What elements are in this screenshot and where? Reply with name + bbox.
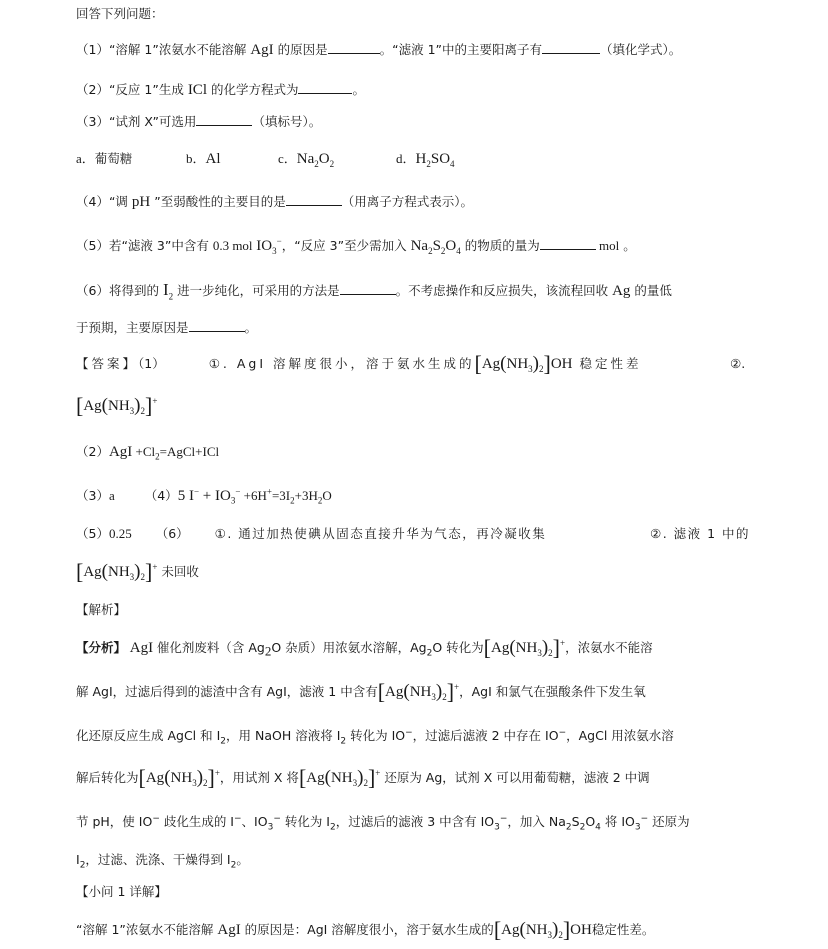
answer-q2-agi: AgI xyxy=(109,444,132,460)
analysis-text: 还原为 Ag，试剂 X 可以用葡萄糖，滤液 2 中调 xyxy=(380,770,649,785)
complex-nh: NH xyxy=(331,770,353,786)
analysis-line-5: 节 pH，使 IO− 歧化生成的 I−、IO3− 转化为 I2，过滤后的滤液 3… xyxy=(76,812,690,832)
complex-ion: [Ag(NH3)2]+ xyxy=(76,562,157,582)
option-d-label: d． xyxy=(396,151,416,166)
answer-q4-equation: +6H xyxy=(240,488,266,503)
subscript: 4 xyxy=(450,159,455,169)
analysis-text: “溶解 1”浓氨水不能溶解 xyxy=(76,922,217,937)
question-5: （5）若“滤液 3”中含有 0.3 mol IO3−，“反应 3”至少需加入 N… xyxy=(76,236,636,256)
complex-ion: [Ag(NH3)2]+ xyxy=(299,768,380,788)
complex-ag: Ag xyxy=(501,922,519,938)
answer-q2-number: （2） xyxy=(76,444,109,459)
analysis-text: 化还原反应生成 AgCl 和 I xyxy=(76,728,220,743)
q6-text: 于预期，主要原因是 xyxy=(76,320,189,335)
option-d-formula: H xyxy=(416,151,427,167)
sub1-label: 【小问 1 详解】 xyxy=(76,884,167,899)
complex-ion: [Ag(NH3)2]+ xyxy=(139,768,220,788)
q5-text: ，“反应 3”至少需加入 xyxy=(282,238,411,253)
complex-oh: OH xyxy=(570,922,592,938)
complex-nh: NH xyxy=(171,770,193,786)
analysis-text: ，过滤、洗涤、干燥得到 I xyxy=(85,852,230,867)
q1-text: “溶解 1”浓氨水不能溶解 xyxy=(109,42,250,57)
question-6-cont: 于预期，主要原因是。 xyxy=(76,318,257,338)
answer-q6-complex: [Ag(NH3)2]+ 未回收 xyxy=(76,562,199,582)
answer-q6-choice-2-text: ②. 滤液 1 中的 xyxy=(650,526,750,541)
analysis-line-2: 解 AgI，过滤后得到的滤渣中含有 AgI，滤液 1 中含有[Ag(NH3)2]… xyxy=(76,682,646,702)
answer-q4-equation: =3I xyxy=(272,488,290,503)
complex-ion: [Ag(NH3)2] xyxy=(494,920,570,940)
complex-nh: NH xyxy=(507,356,529,372)
q2-formula: ICl xyxy=(188,82,207,98)
answer-q4-equation: 5 I xyxy=(178,488,194,504)
analysis-text: O xyxy=(585,814,595,829)
answer-q2: （2）AgI +Cl2=AgCl+ICl xyxy=(76,442,219,462)
analysis-line-3: 化还原反应生成 AgCl 和 I2，用 NaOH 溶液将 I2 转化为 IO−，… xyxy=(76,726,674,746)
q6-text: 的量低 xyxy=(630,283,671,298)
superscript: − xyxy=(234,814,242,824)
q1-text: 的原因是 xyxy=(274,42,328,57)
q4-text: “调 xyxy=(109,194,132,209)
complex-ag: Ag xyxy=(83,398,101,414)
answer-q1-choice-1: ①. AgI 溶解度很小，溶于氨水生成的 xyxy=(209,356,475,371)
analysis-text: ，过滤后的滤液 3 中含有 IO xyxy=(336,814,494,829)
complex-ag: Ag xyxy=(146,770,164,786)
q1-text: （填化学式）。 xyxy=(600,42,681,57)
analysis-text: O 杂质）用浓氨水溶解，Ag xyxy=(271,640,426,655)
analysis-text: ，AgI 和氯气在强酸条件下发生氧 xyxy=(459,684,646,699)
answer-q3-number: （3） xyxy=(76,488,109,503)
answer-q6-choice-1: ①. 通过加热使碘从固态直接升华为气态，再冷凝收集 xyxy=(215,526,547,541)
question-4: （4）“调 pH ”至弱酸性的主要目的是（用离子方程式表示）。 xyxy=(76,192,473,212)
q5-number: （5） xyxy=(76,238,109,253)
question-1: （1）“溶解 1”浓氨水不能溶解 AgI 的原因是。“滤液 1”中的主要阳离子有… xyxy=(76,40,681,60)
option-b-label: b． xyxy=(186,151,206,166)
q6-blank-2[interactable] xyxy=(189,318,245,332)
question-3: （3）“试剂 X”可选用（填标号）。 xyxy=(76,112,321,132)
complex-oh: OH xyxy=(551,356,573,372)
q6-text: 。 xyxy=(245,320,258,335)
subscript: 3 xyxy=(231,496,236,506)
answer-q4-number: （4） xyxy=(145,488,178,503)
option-a-label: a． xyxy=(76,151,95,166)
options-row: a．葡萄糖b．Alc．Na2O2d．H2SO4 xyxy=(76,149,455,170)
superscript: + xyxy=(152,396,157,406)
answer-q3-value: a xyxy=(109,488,115,503)
complex-ag: Ag xyxy=(306,770,324,786)
analysis-label: 【解析】 xyxy=(76,602,126,617)
q4-ph: pH xyxy=(132,194,150,210)
q5-text: 的物质的量为 xyxy=(461,238,540,253)
option-c-label: c． xyxy=(278,151,297,166)
q4-text: ”至弱酸性的主要目的是 xyxy=(150,194,285,209)
analysis-text: ，浓氨水不能溶 xyxy=(565,640,653,655)
analysis-text: AgI xyxy=(126,640,157,656)
answer-q5-q6: （5）0.25（6）①. 通过加热使碘从固态直接升华为气态，再冷凝收集 xyxy=(76,524,546,544)
analysis-text: ，AgCl 用浓氨水溶 xyxy=(566,728,674,743)
complex-ag: Ag xyxy=(491,640,509,656)
q5-text: 。 xyxy=(619,238,635,253)
q2-number: （2） xyxy=(76,82,109,97)
analysis-text: 节 pH，使 IO xyxy=(76,814,152,829)
answer-q5-value: 0.25 xyxy=(109,526,132,541)
q5-blank[interactable] xyxy=(540,236,596,250)
q2-text: 。 xyxy=(352,82,365,97)
q4-number: （4） xyxy=(76,194,109,209)
subscript: 3 xyxy=(272,246,277,256)
q6-number: （6） xyxy=(76,283,109,298)
subscript: 3 xyxy=(494,823,500,833)
q1-blank-1[interactable] xyxy=(328,40,380,54)
subscript: 2 xyxy=(330,159,335,169)
complex-nh: NH xyxy=(516,640,538,656)
option-b-text: Al xyxy=(206,151,221,167)
analysis-line-4: 解后转化为[Ag(NH3)2]+，用试剂 X 将[Ag(NH3)2]+ 还原为 … xyxy=(76,768,650,788)
answer-q4-equation: O xyxy=(322,488,331,503)
answer-q1-tail: 稳定性差 xyxy=(573,356,642,371)
answer-q2-equation: =AgCl+ICl xyxy=(160,444,219,459)
intro-label: 回答下列问题： xyxy=(76,6,164,21)
complex-ion: [Ag(NH3)2]+ xyxy=(484,638,565,658)
q4-blank[interactable] xyxy=(286,192,342,206)
complex-nh: NH xyxy=(526,922,548,938)
analysis-text: S xyxy=(572,814,580,829)
answer-choice-2-label: ②. xyxy=(730,356,745,371)
complex-nh: NH xyxy=(108,398,130,414)
analysis-text: 催化剂废料（含 Ag xyxy=(157,640,265,655)
q5-formula: Na xyxy=(411,238,429,254)
analysis-text: 还原为 xyxy=(648,814,689,829)
analysis-text: 转化为 I xyxy=(281,814,330,829)
q5-unit: mol xyxy=(596,238,619,253)
q5-formula: O xyxy=(445,238,456,254)
analysis-text: 。 xyxy=(236,852,249,867)
q1-number: （1） xyxy=(76,42,109,57)
analysis-text: 稳定性差。 xyxy=(592,922,655,937)
analysis-text: 的原因是：AgI 溶解度很小，溶于氨水生成的 xyxy=(241,922,494,937)
q3-text: （填标号）。 xyxy=(252,114,321,129)
analysis-text: ，加入 Na xyxy=(507,814,565,829)
analysis-line-1: 【分析】 AgI 催化剂废料（含 Ag2O 杂质）用浓氨水溶解，Ag2O 转化为… xyxy=(76,638,653,658)
q2-text: 的化学方程式为 xyxy=(207,82,298,97)
q1-formula: AgI xyxy=(250,42,273,58)
complex-nh: NH xyxy=(410,684,432,700)
answer-q6-number: （6） xyxy=(156,526,189,541)
q1-blank-2[interactable] xyxy=(542,40,600,54)
answer-q1-number: （1） xyxy=(138,356,165,371)
answer-q5-number: （5） xyxy=(76,526,109,541)
analysis-text: 转化为 IO xyxy=(346,728,405,743)
q6-ag: Ag xyxy=(612,283,630,299)
complex-ag: Ag xyxy=(482,356,500,372)
option-d-formula: SO xyxy=(431,151,450,167)
answer-line-1: 【答案】（1） ①. AgI 溶解度很小，溶于氨水生成的[Ag(NH3)2]OH… xyxy=(76,354,641,374)
analysis-text: 解 AgI，过滤后得到的滤渣中含有 AgI，滤液 1 中含有 xyxy=(76,684,378,699)
q3-number: （3） xyxy=(76,114,109,129)
sub-question-1-header: 【小问 1 详解】 xyxy=(76,882,167,902)
q5-amount: 0.3 mol xyxy=(213,238,253,253)
complex-ion: [Ag(NH3)2]+ xyxy=(76,396,157,416)
q2-text: “反应 1”生成 xyxy=(109,82,188,97)
answer-q4-equation: + IO xyxy=(199,488,231,504)
q6-blank-1[interactable] xyxy=(340,281,396,295)
complex-ag: Ag xyxy=(83,564,101,580)
subscript: 3 xyxy=(268,823,274,833)
complex-ion: [Ag(NH3)2] xyxy=(475,354,551,374)
answer-q1-choice-2-complex: [Ag(NH3)2]+ xyxy=(76,396,157,417)
option-a: a．葡萄糖 xyxy=(76,149,186,170)
q4-text: （用离子方程式表示）。 xyxy=(342,194,473,209)
analysis-text: 歧化生成的 I xyxy=(160,814,234,829)
complex-ion: [Ag(NH3)2]+ xyxy=(378,682,459,702)
fenxi-label: 【分析】 xyxy=(76,640,126,655)
q5-ion: IO xyxy=(253,238,273,254)
analysis-text: ，用试剂 X 将 xyxy=(220,770,299,785)
answer-q1-choice-2: ②. xyxy=(730,354,745,374)
analysis-text: 、IO xyxy=(242,814,268,829)
q6-text: 进一步纯化，可采用的方法是 xyxy=(173,283,339,298)
analysis-text: 将 IO xyxy=(601,814,635,829)
answer-q6-choice-2: ②. 滤液 1 中的 xyxy=(650,524,750,544)
answer-q6-tail: 未回收 xyxy=(157,564,198,579)
analysis-line-6: I2，过滤、洗涤、干燥得到 I2。 xyxy=(76,850,249,870)
analysis-text: ，用 NaOH 溶液将 I xyxy=(226,728,340,743)
answer-q4-equation: +3H xyxy=(295,488,318,503)
answer-q2-equation: +Cl xyxy=(132,444,155,459)
analysis-text: O 转化为 xyxy=(432,640,483,655)
q6-text: 将得到的 xyxy=(109,283,163,298)
question-6: （6）将得到的 I2 进一步纯化，可采用的方法是。不考虑操作和反应损失，该流程回… xyxy=(76,280,672,301)
analysis-text: 解后转化为 xyxy=(76,770,139,785)
q3-blank[interactable] xyxy=(196,112,252,126)
q1-text: 。“滤液 1”中的主要阳离子有 xyxy=(380,42,542,57)
option-d: d．H2SO4 xyxy=(396,149,455,170)
superscript: − xyxy=(405,728,413,738)
analysis-header: 【解析】 xyxy=(76,600,126,620)
q5-text: 若“滤液 3”中含有 xyxy=(109,238,213,253)
subscript: 3 xyxy=(635,823,641,833)
superscript: − xyxy=(273,814,281,824)
complex-nh: NH xyxy=(108,564,130,580)
option-c-formula: Na xyxy=(297,151,315,167)
option-c: c．Na2O2 xyxy=(278,149,396,170)
option-c-formula: O xyxy=(319,151,330,167)
superscript: − xyxy=(152,814,160,824)
q2-blank[interactable] xyxy=(298,80,352,94)
intro-text: 回答下列问题： xyxy=(76,4,164,24)
answer-label: 【答案】 xyxy=(76,356,138,371)
sub-question-1-text: “溶解 1”浓氨水不能溶解 AgI 的原因是：AgI 溶解度很小，溶于氨水生成的… xyxy=(76,920,654,940)
option-b: b．Al xyxy=(186,149,278,170)
analysis-formula: AgI xyxy=(217,922,240,938)
q6-text: 。不考虑操作和反应损失，该流程回收 xyxy=(396,283,612,298)
analysis-text: ，过滤后滤液 2 中存在 IO xyxy=(413,728,559,743)
option-a-text: 葡萄糖 xyxy=(95,151,133,166)
q5-formula: S xyxy=(433,238,441,254)
complex-ag: Ag xyxy=(385,684,403,700)
question-2: （2）“反应 1”生成 ICl 的化学方程式为。 xyxy=(76,80,365,100)
answer-q3-q4: （3）a（4）5 I− + IO3− +6H+=3I2+3H2O xyxy=(76,486,332,506)
q3-text: “试剂 X”可选用 xyxy=(109,114,196,129)
superscript: − xyxy=(559,728,567,738)
